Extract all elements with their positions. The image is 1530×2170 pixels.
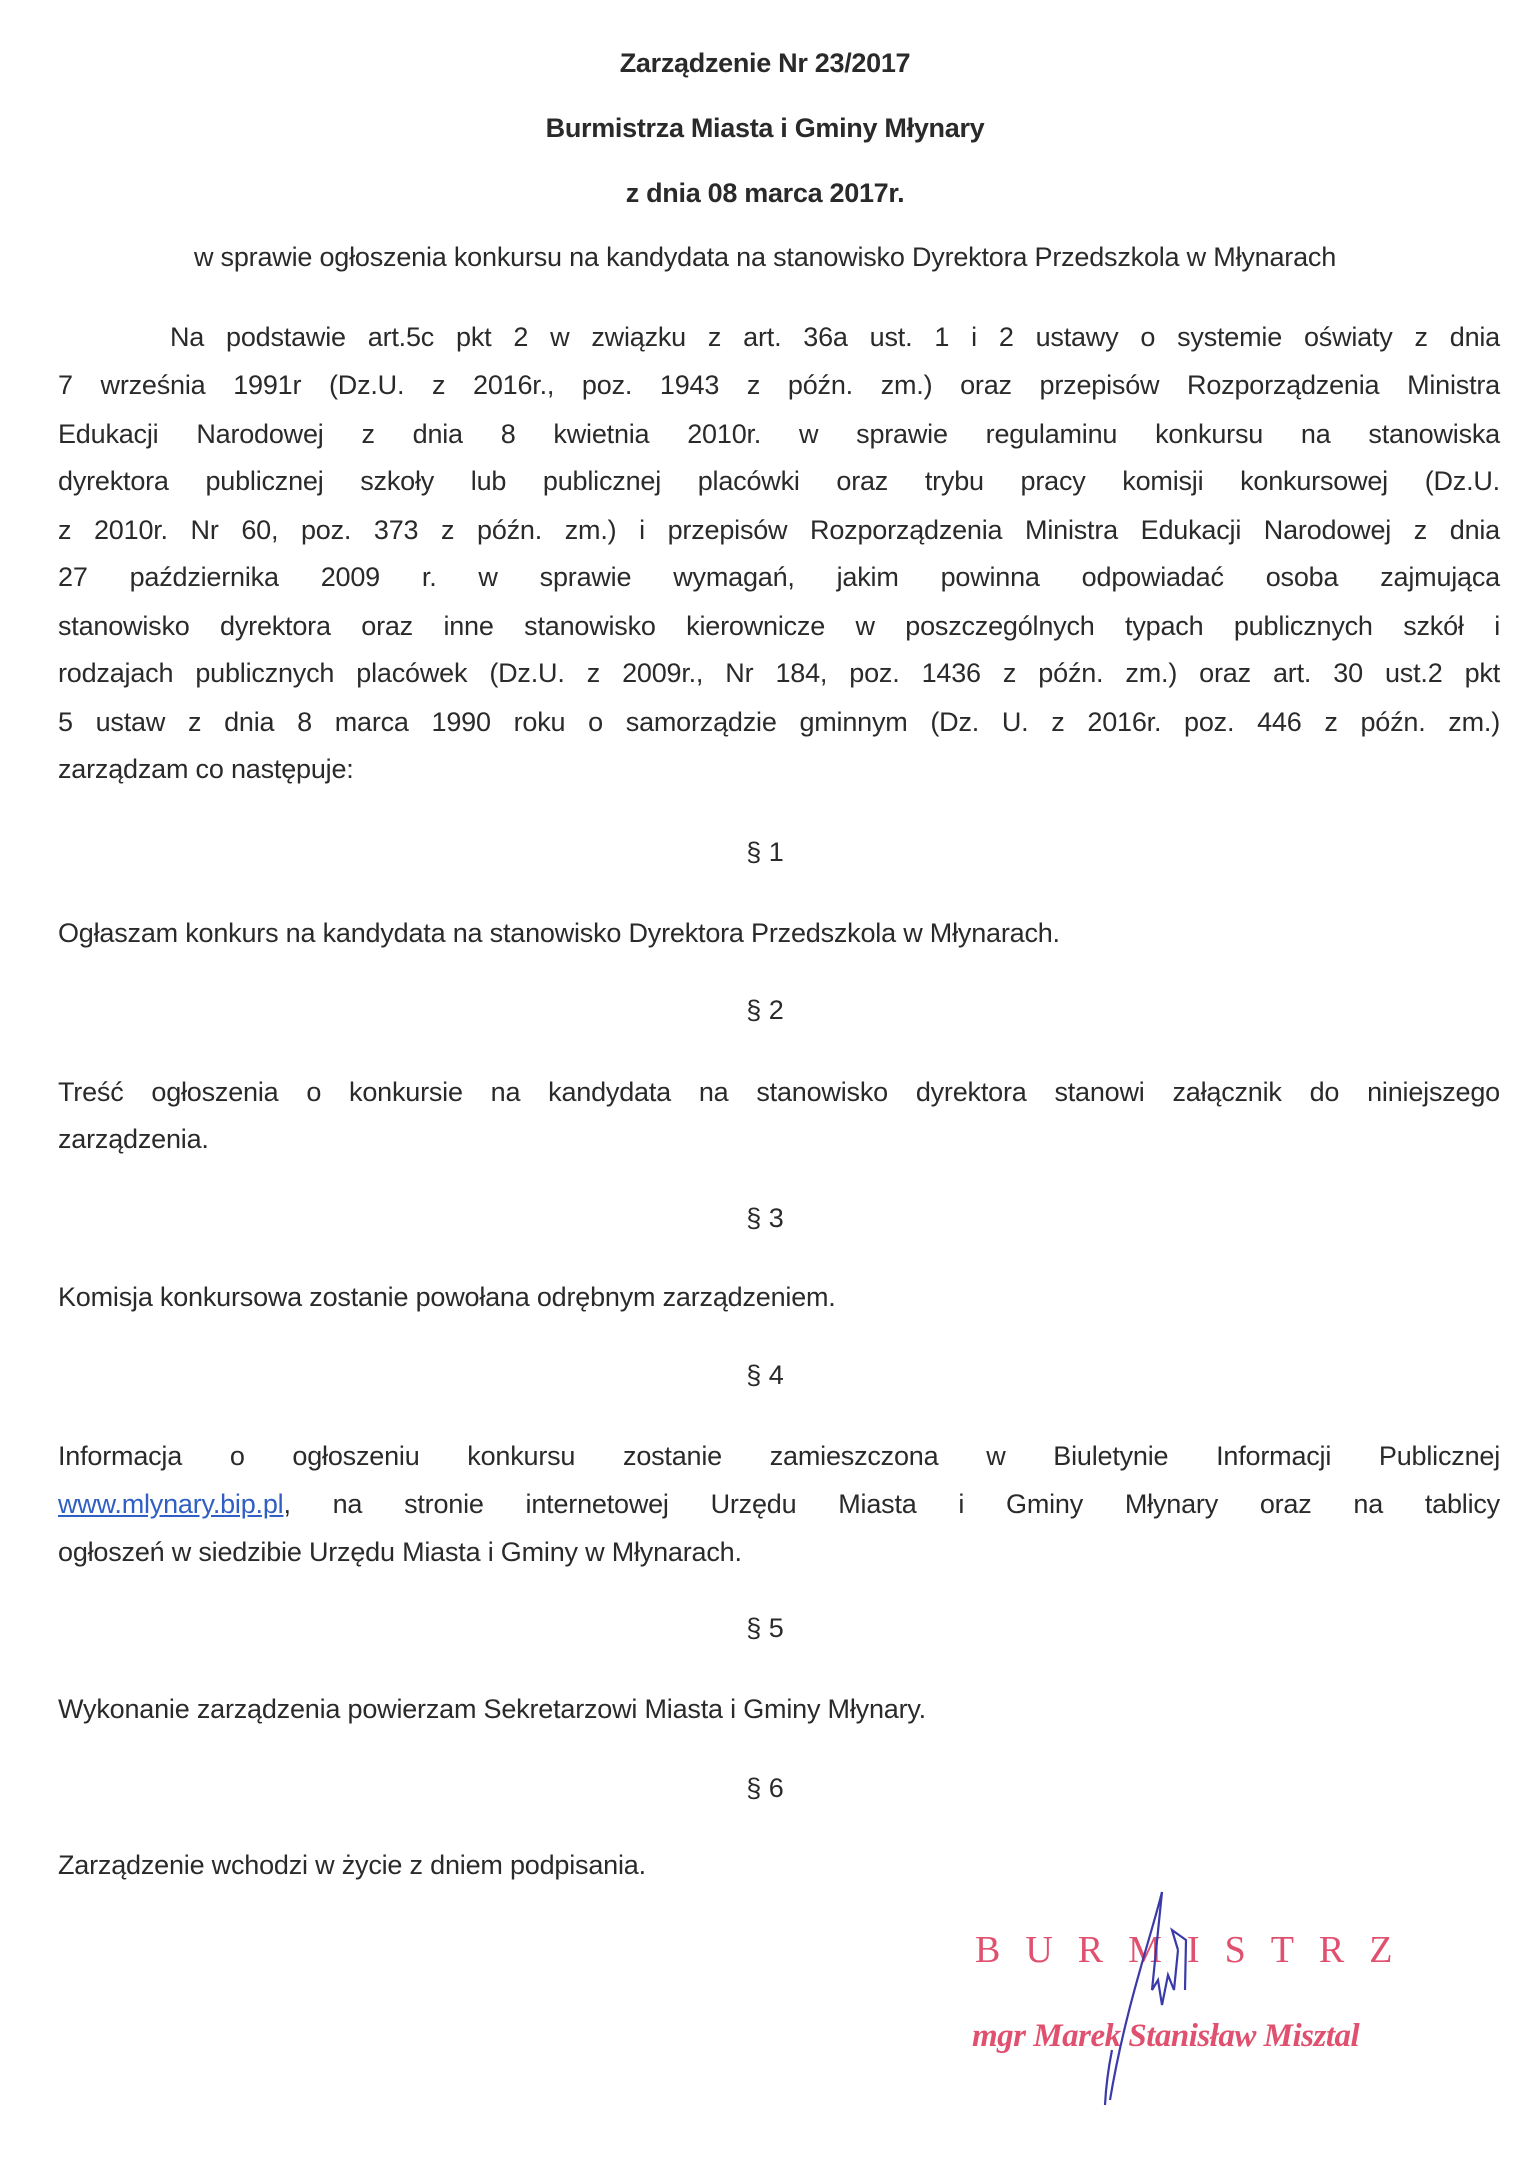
- section-mark-5: § 5: [0, 1613, 1530, 1644]
- preamble-line: zarządzam co następuje:: [58, 754, 354, 785]
- section-2-text: Treść ogłoszenia o konkursie na kandydat…: [58, 1077, 1500, 1108]
- preamble-line: dyrektora publicznej szkoły lub publiczn…: [58, 466, 1500, 497]
- section-4-text: www.mlynary.bip.pl, na stronie interneto…: [58, 1489, 1500, 1520]
- section-3-text: Komisja konkursowa zostanie powołana odr…: [58, 1282, 836, 1313]
- preamble-line: stanowisko dyrektora oraz inne stanowisk…: [58, 611, 1500, 642]
- section-mark-1: § 1: [0, 837, 1530, 868]
- section-mark-6: § 6: [0, 1773, 1530, 1804]
- section-6-text: Zarządzenie wchodzi w życie z dniem podp…: [58, 1850, 646, 1881]
- preamble-line: Na podstawie art.5c pkt 2 w związku z ar…: [170, 322, 1500, 353]
- preamble-line: 5 ustaw z dnia 8 marca 1990 roku o samor…: [58, 707, 1500, 738]
- preamble-line: 7 września 1991r (Dz.U. z 2016r., poz. 1…: [58, 370, 1500, 401]
- bip-link[interactable]: www.mlynary.bip.pl: [58, 1489, 283, 1519]
- section-1-text: Ogłaszam konkurs na kandydata na stanowi…: [58, 918, 1060, 949]
- document-subject: w sprawie ogłoszenia konkursu na kandyda…: [0, 242, 1530, 273]
- preamble-line: Edukacji Narodowej z dnia 8 kwietnia 201…: [58, 419, 1500, 450]
- preamble-line: rodzajach publicznych placówek (Dz.U. z …: [58, 658, 1500, 689]
- document-issuer: Burmistrza Miasta i Gminy Młynary: [0, 113, 1530, 144]
- section-4-text: Informacja o ogłoszeniu konkursu zostani…: [58, 1441, 1500, 1472]
- section-mark-2: § 2: [0, 995, 1530, 1026]
- section-mark-4: § 4: [0, 1360, 1530, 1391]
- section-mark-3: § 3: [0, 1203, 1530, 1234]
- section-4-text: ogłoszeń w siedzibie Urzędu Miasta i Gmi…: [58, 1537, 742, 1568]
- preamble-line: z 2010r. Nr 60, poz. 373 z późn. zm.) i …: [58, 515, 1500, 546]
- section-5-text: Wykonanie zarządzenia powierzam Sekretar…: [58, 1694, 926, 1725]
- document-title: Zarządzenie Nr 23/2017: [0, 48, 1530, 79]
- section-4-text-rest: , na stronie internetowej Urzędu Miasta …: [283, 1489, 1500, 1519]
- document-date: z dnia 08 marca 2017r.: [0, 178, 1530, 209]
- handwritten-signature-icon: [1090, 1880, 1210, 2110]
- section-2-text: zarządzenia.: [58, 1124, 209, 1155]
- preamble-line: 27 października 2009 r. w sprawie wymaga…: [58, 562, 1500, 593]
